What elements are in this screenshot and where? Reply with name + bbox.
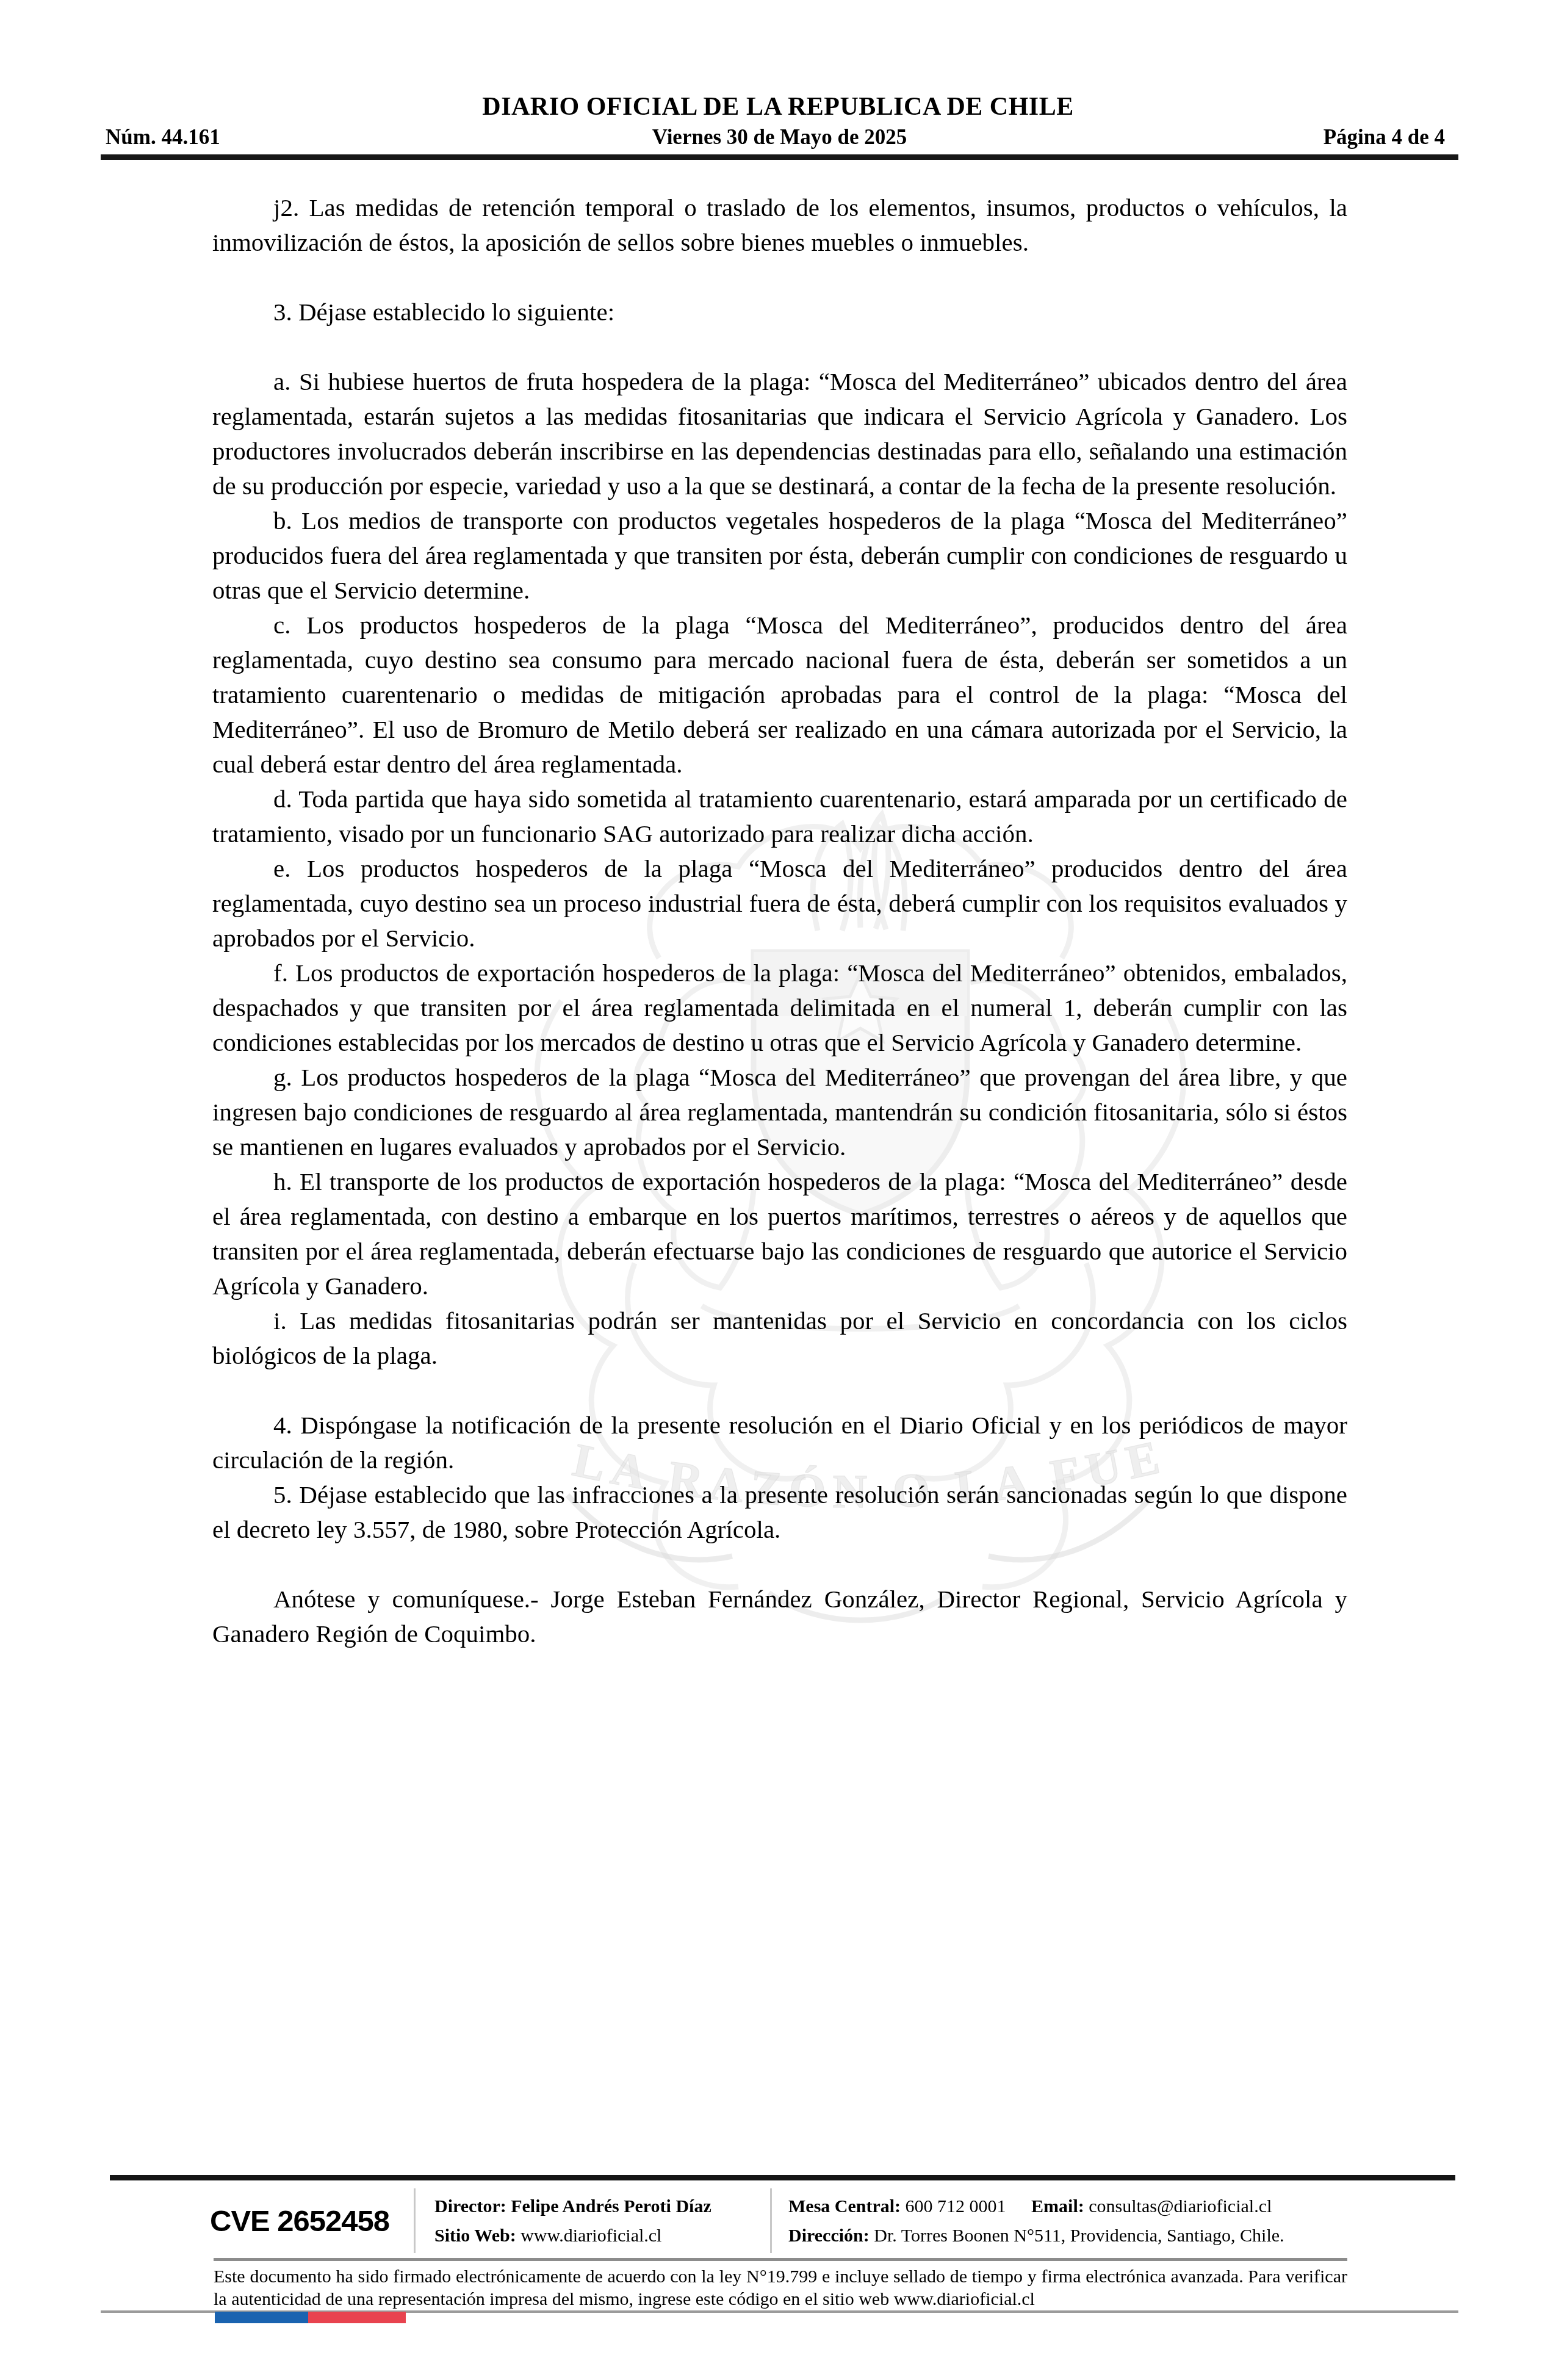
- paragraph-c: c. Los productos hospederos de la plaga …: [212, 608, 1347, 782]
- phone-email-line: Mesa Central: 600 712 0001 Email: consul…: [788, 2192, 1284, 2221]
- paragraph-a: a. Si hubiese huertos de fruta hospedera…: [212, 364, 1347, 503]
- cve-code: CVE 2652458: [210, 2192, 389, 2251]
- director-label: Director:: [434, 2196, 506, 2216]
- paragraph-g: g. Los productos hospederos de la plaga …: [212, 1060, 1347, 1164]
- paragraph-4: 4. Dispóngase la notificación de la pres…: [212, 1408, 1347, 1477]
- header-meta-row: Núm. 44.161 Viernes 30 de Mayo de 2025 P…: [101, 125, 1458, 150]
- footer-divider-1: [414, 2188, 416, 2253]
- paragraph-e: e. Los productos hospederos de la plaga …: [212, 851, 1347, 956]
- resolution-text: j2. Las medidas de retención temporal o …: [212, 190, 1347, 1651]
- paragraph-i: i. Las medidas fitosanitarias podrán ser…: [212, 1304, 1347, 1373]
- phone-value: 600 712 0001: [906, 2196, 1006, 2216]
- flag-blue-block: [215, 2312, 308, 2323]
- address-value: Dr. Torres Boonen N°511, Providencia, Sa…: [874, 2226, 1284, 2246]
- paragraph-3: 3. Déjase establecido lo siguiente:: [212, 295, 1347, 330]
- footer-middle-rule: [214, 2258, 1347, 2261]
- paragraph-f: f. Los productos de exportación hospeder…: [212, 956, 1347, 1060]
- paragraph-5: 5. Déjase establecido que las infraccion…: [212, 1477, 1347, 1547]
- footer-top-rule: [110, 2175, 1455, 2180]
- footer-contact-block: Mesa Central: 600 712 0001 Email: consul…: [788, 2192, 1284, 2251]
- paragraph-b: b. Los medios de transporte con producto…: [212, 503, 1347, 608]
- address-line: Dirección: Dr. Torres Boonen N°511, Prov…: [788, 2221, 1284, 2251]
- website-value: www.diarioficial.cl: [520, 2226, 661, 2246]
- footer-divider-2: [770, 2188, 772, 2253]
- masthead-title: DIARIO OFICIAL DE LA REPUBLICA DE CHILE: [0, 93, 1556, 121]
- header-rule: [101, 154, 1458, 160]
- paragraph-j2: j2. Las medidas de retención temporal o …: [212, 190, 1347, 260]
- address-label: Dirección:: [788, 2226, 870, 2246]
- paragraph-h: h. El transporte de los productos de exp…: [212, 1164, 1347, 1304]
- legal-notice: Este documento ha sido firmado electróni…: [214, 2265, 1347, 2310]
- email-label: Email:: [1031, 2196, 1084, 2216]
- footer-director-block: Director: Felipe Andrés Peroti Díaz Siti…: [434, 2192, 711, 2251]
- phone-label: Mesa Central:: [788, 2196, 901, 2216]
- email-value: consultas@diarioficial.cl: [1089, 2196, 1272, 2216]
- website-label: Sitio Web:: [434, 2226, 516, 2246]
- paragraph-d: d. Toda partida que haya sido sometida a…: [212, 782, 1347, 851]
- page-indicator: Página 4 de 4: [1324, 125, 1445, 150]
- website-line: Sitio Web: www.diarioficial.cl: [434, 2221, 711, 2251]
- director-name: Felipe Andrés Peroti Díaz: [511, 2196, 711, 2216]
- flag-red-block: [308, 2312, 406, 2323]
- document-page: DIARIO OFICIAL DE LA REPUBLICA DE CHILE …: [0, 0, 1556, 2380]
- director-line: Director: Felipe Andrés Peroti Díaz: [434, 2192, 711, 2221]
- edition-date: Viernes 30 de Mayo de 2025: [101, 125, 1458, 150]
- closing-signature: Anótese y comuníquese.- Jorge Esteban Fe…: [212, 1582, 1347, 1651]
